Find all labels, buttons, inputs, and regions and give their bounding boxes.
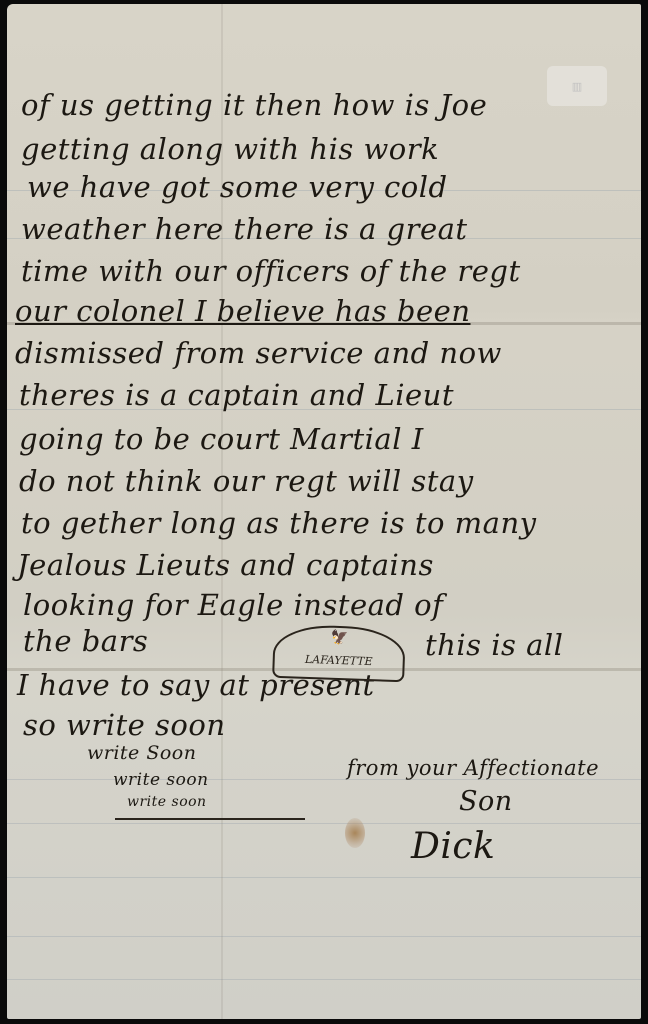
eagle-stamp: 🦅 LAFAYETTE [272, 624, 406, 683]
letter-line: looking for Eagle instead of [23, 588, 443, 622]
postscript-line: write Soon [87, 742, 196, 764]
closing-son: Son [459, 786, 513, 817]
letter-line: do not think our regt will stay [19, 464, 474, 498]
letter-line: of us getting it then how is Joe [21, 88, 487, 122]
letter-line: Jealous Lieuts and captains [17, 548, 434, 582]
letter-line: going to be court Martial I [19, 422, 424, 456]
ruled-line [7, 877, 641, 878]
letter-page: ▥ of us getting it then how is Joe getti… [7, 4, 641, 1019]
closing-line: from your Affectionate [347, 756, 599, 780]
postscript-line: write soon [113, 770, 209, 790]
letter-line: our colonel I believe has been [15, 294, 471, 328]
ink-stain [345, 818, 365, 848]
letter-line: this is all [425, 628, 563, 662]
letter-line: to gether long as there is to many [21, 506, 537, 540]
letter-line: we have got some very cold [27, 170, 448, 204]
letter-line: so write soon [23, 708, 226, 742]
postscript-line: write soon [127, 794, 207, 810]
ruled-line [7, 936, 641, 937]
ruled-line [7, 823, 641, 824]
underline-stroke [115, 818, 305, 820]
signature: Dick [411, 826, 495, 867]
stamp-text: LAFAYETTE [305, 652, 373, 667]
letter-line: theres is a captain and Lieut [19, 378, 454, 412]
letter-line: dismissed from service and now [15, 336, 502, 370]
embossed-mark: ▥ [547, 66, 607, 106]
letter-line: getting along with his work [21, 132, 439, 166]
eagle-icon: 🦅 [331, 630, 349, 647]
letter-line: time with our officers of the regt [21, 254, 521, 288]
letter-line: weather here there is a great [21, 212, 468, 246]
ruled-line [7, 979, 641, 980]
letter-line: the bars [23, 624, 148, 658]
